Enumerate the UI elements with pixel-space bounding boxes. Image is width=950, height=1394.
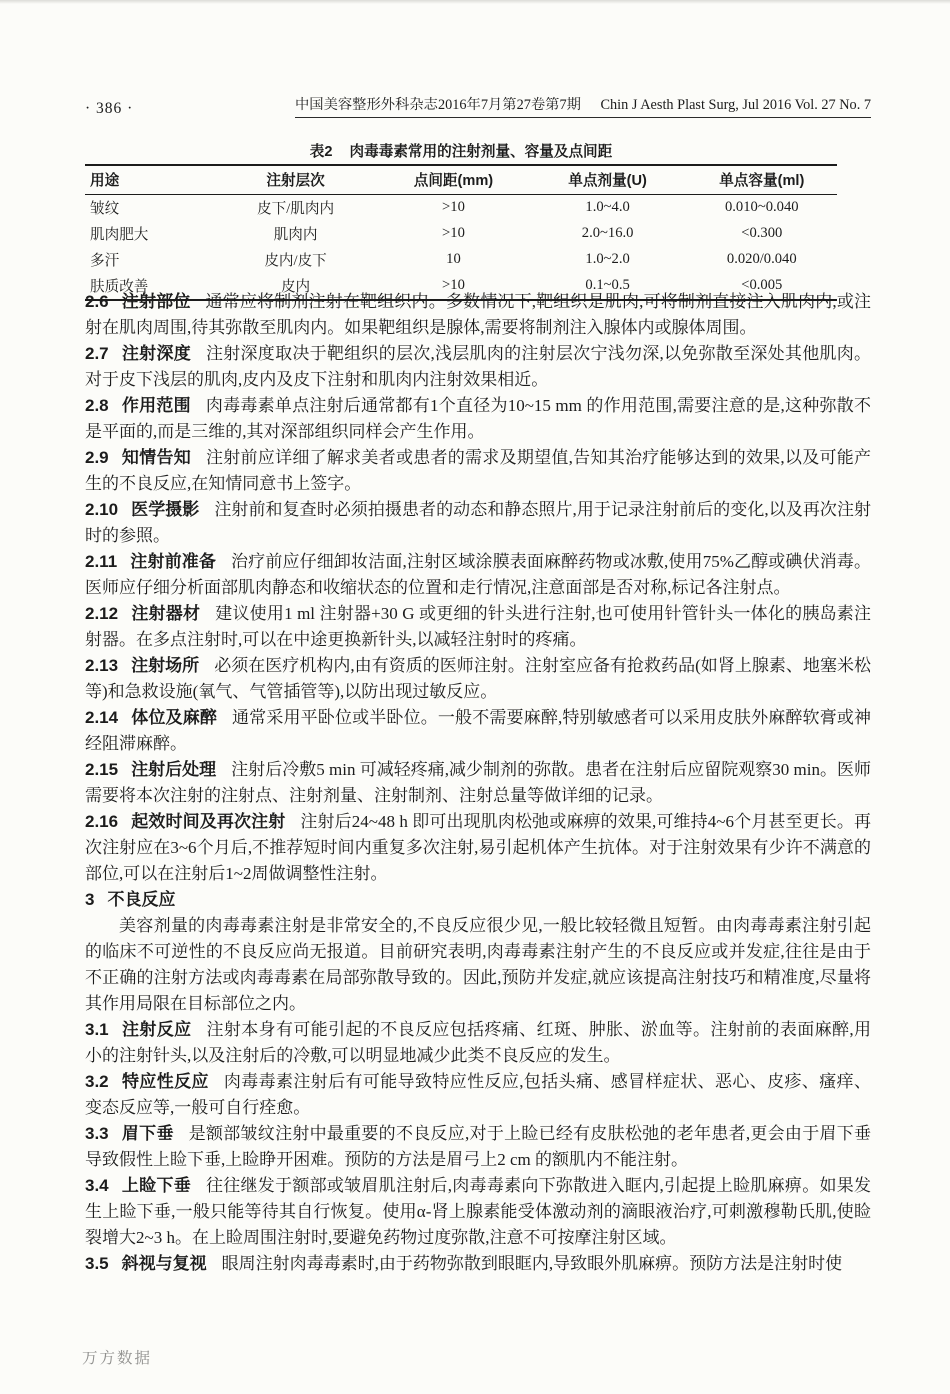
section-2-11: 2.11注射前准备治疗前应仔细卸妆洁面,注射区域涂膜表面麻醉药物或冰敷,使用75… (85, 549, 871, 601)
table-cell: >10 (378, 195, 528, 222)
table-cell: 皮下/肌肉内 (213, 195, 378, 222)
section-text: 必须在医疗机构内,由有资质的医师注射。注射室应备有抢救药品(如肾上腺素、地塞米松… (85, 656, 871, 701)
section-title: 注射前准备 (130, 552, 216, 571)
table-cell: 皱纹 (85, 195, 213, 222)
wanfang-watermark: 万方数据 (82, 1346, 152, 1368)
section-number: 3.4 (85, 1176, 109, 1195)
section-number: 2.15 (85, 760, 118, 779)
column-header-spacing: 点间距(mm) (378, 165, 528, 195)
journal-title-line: 中国美容整形外科杂志2016年7月第27卷第7期 Chin J Aesth Pl… (295, 94, 871, 118)
section-number: 3.1 (85, 1020, 109, 1039)
dosage-table-body: 皱纹 皮下/肌肉内 >10 1.0~4.0 0.010~0.040 肌肉肥大 肌… (85, 195, 837, 301)
section-2-14: 2.14体位及麻醉通常采用平卧位或半卧位。一般不需要麻醉,特别敏感者可以采用皮肤… (85, 705, 871, 757)
section-number: 2.6 (85, 292, 109, 311)
table-cell: 多汗 (85, 247, 213, 273)
table-cell: <0.300 (687, 221, 837, 247)
section-text: 肉毒毒素单点注射后通常都有1个直径为10~15 mm 的作用范围,需要注意的是,… (85, 396, 871, 441)
section-2-7: 2.7注射深度注射深度取决于靶组织的层次,浅层肌肉的注射层次宁浅勿深,以免弥散至… (85, 341, 871, 393)
section-2-8: 2.8作用范围肉毒毒素单点注射后通常都有1个直径为10~15 mm 的作用范围,… (85, 393, 871, 445)
article-body: 2.6注射部位通常应将制剂注射在靶组织内。多数情况下,靶组织是肌肉,可将制剂直接… (85, 289, 871, 1277)
table-cell: 0.010~0.040 (687, 195, 837, 222)
section-2-13: 2.13注射场所必须在医疗机构内,由有资质的医师注射。注射室应备有抢救药品(如肾… (85, 653, 871, 705)
running-head: · 386 · 中国美容整形外科杂志2016年7月第27卷第7期 Chin J … (85, 94, 871, 118)
section-title: 眉下垂 (122, 1124, 174, 1143)
section-title: 注射器材 (131, 604, 200, 623)
section-title: 斜视与复视 (122, 1254, 207, 1273)
section-title: 注射场所 (131, 656, 199, 675)
section-title: 医学摄影 (131, 500, 199, 519)
section-number: 2.12 (85, 604, 118, 623)
section-title: 注射深度 (122, 344, 191, 363)
section-number: 2.8 (85, 396, 109, 415)
table-caption-text: 肉毒毒素常用的注射剂量、容量及点间距 (350, 144, 613, 160)
dosage-table-head: 用途 注射层次 点间距(mm) 单点剂量(U) 单点容量(ml) (85, 165, 837, 195)
section-text: 眼周注射肉毒毒素时,由于药物弥散到眼眶内,导致眼外肌麻痹。预防方法是注射时使 (222, 1254, 843, 1273)
section-2-6: 2.6注射部位通常应将制剂注射在靶组织内。多数情况下,靶组织是肌肉,可将制剂直接… (85, 289, 871, 341)
journal-page: · 386 · 中国美容整形外科杂志2016年7月第27卷第7期 Chin J … (0, 0, 950, 1394)
section-2-16: 2.16起效时间及再次注射注射后24~48 h 即可出现肌肉松弛或麻痹的效果,可… (85, 809, 871, 887)
section-text: 注射深度取决于靶组织的层次,浅层肌肉的注射层次宁浅勿深,以免弥散至深处其他肌肉。… (85, 344, 871, 389)
section-title: 特应性反应 (122, 1072, 209, 1091)
section-number: 3.3 (85, 1124, 109, 1143)
section-number: 2.9 (85, 448, 109, 467)
header-row: 用途 注射层次 点间距(mm) 单点剂量(U) 单点容量(ml) (85, 165, 837, 195)
section-text: 通常应将制剂注射在靶组织内。多数情况下,靶组织是肌肉,可将制剂直接注入肌肉内,或… (85, 292, 871, 337)
section-title: 上睑下垂 (122, 1176, 191, 1195)
column-header-layer: 注射层次 (213, 165, 378, 195)
table-cell: 1.0~2.0 (529, 247, 687, 273)
section-text: 是额部皱纹注射中最重要的不良反应,对于上睑已经有皮肤松弛的老年患者,更会由于眉下… (85, 1124, 871, 1169)
section-title: 不良反应 (107, 890, 175, 909)
section-3-3: 3.3眉下垂是额部皱纹注射中最重要的不良反应,对于上睑已经有皮肤松弛的老年患者,… (85, 1121, 871, 1173)
section-title: 起效时间及再次注射 (131, 812, 285, 831)
table-cell: 0.020/0.040 (687, 247, 837, 273)
section-text: 建议使用1 ml 注射器+30 G 或更细的针头进行注射,也可使用针管针头一体化… (85, 604, 871, 649)
column-header-dose: 单点剂量(U) (529, 165, 687, 195)
section-3-heading: 3不良反应 (85, 887, 871, 913)
section-2-12: 2.12注射器材建议使用1 ml 注射器+30 G 或更细的针头进行注射,也可使… (85, 601, 871, 653)
section-title: 注射部位 (122, 292, 191, 311)
section-3-4: 3.4上睑下垂往往继发于额部或皱眉肌注射后,肉毒毒素向下弥散进入眶内,引起提上睑… (85, 1173, 871, 1251)
table-cell: 皮内/皮下 (213, 247, 378, 273)
section-3-2: 3.2特应性反应肉毒毒素注射后有可能导致特应性反应,包括头痛、感冒样症状、恶心、… (85, 1069, 871, 1121)
section-text: 注射本身有可能引起的不良反应包括疼痛、红斑、肿胀、淤血等。注射前的表面麻醉,用小… (85, 1020, 871, 1065)
section-text: 注射前应详细了解求美者或患者的需求及期望值,告知其治疗能够达到的效果,以及可能产… (85, 448, 871, 493)
section-3-5: 3.5斜视与复视眼周注射肉毒毒素时,由于药物弥散到眼眶内,导致眼外肌麻痹。预防方… (85, 1251, 871, 1277)
section-title: 体位及麻醉 (131, 708, 217, 727)
table-caption-label: 表2 (310, 144, 333, 160)
section-number: 3.5 (85, 1254, 109, 1273)
section-2-9: 2.9知情告知注射前应详细了解求美者或患者的需求及期望值,告知其治疗能够达到的效… (85, 445, 871, 497)
section-title: 作用范围 (122, 396, 191, 415)
section-number: 2.7 (85, 344, 109, 363)
section-3-1: 3.1注射反应注射本身有可能引起的不良反应包括疼痛、红斑、肿胀、淤血等。注射前的… (85, 1017, 871, 1069)
section-title: 注射后处理 (131, 760, 216, 779)
section-title: 知情告知 (122, 448, 191, 467)
section-number: 2.10 (85, 500, 118, 519)
table-cell: 10 (378, 247, 528, 273)
table-row: 肌肉肥大 肌肉内 >10 2.0~16.0 <0.300 (85, 221, 837, 247)
column-header-volume: 单点容量(ml) (687, 165, 837, 195)
table-caption: 表2 肉毒毒素常用的注射剂量、容量及点间距 (85, 140, 837, 161)
section-2-15: 2.15注射后处理注射后冷敷5 min 可减轻疼痛,减少制剂的弥散。患者在注射后… (85, 757, 871, 809)
table-cell: 肌肉肥大 (85, 221, 213, 247)
section-number: 2.14 (85, 708, 118, 727)
section-3-intro: 美容剂量的肉毒毒素注射是非常安全的,不良反应很少见,一般比较轻微且短暂。由肉毒毒… (85, 913, 871, 1017)
table-cell: 2.0~16.0 (529, 221, 687, 247)
table-row: 皱纹 皮下/肌肉内 >10 1.0~4.0 0.010~0.040 (85, 195, 837, 222)
section-text: 注射前和复查时必须拍摄患者的动态和静态照片,用于记录注射前后的变化,以及再次注射… (85, 500, 871, 545)
section-number: 2.13 (85, 656, 118, 675)
table-row: 多汗 皮内/皮下 10 1.0~2.0 0.020/0.040 (85, 247, 837, 273)
section-number: 3 (85, 890, 94, 909)
table-cell: 1.0~4.0 (529, 195, 687, 222)
page-number: · 386 · (85, 100, 133, 118)
journal-title-en: Chin J Aesth Plast Surg, Jul 2016 Vol. 2… (601, 97, 872, 113)
section-number: 2.11 (85, 552, 117, 571)
section-title: 注射反应 (122, 1020, 192, 1039)
table-cell: 肌肉内 (213, 221, 378, 247)
section-number: 3.2 (85, 1072, 109, 1091)
section-number: 2.16 (85, 812, 118, 831)
table-cell: >10 (378, 221, 528, 247)
journal-title-cn: 中国美容整形外科杂志2016年7月第27卷第7期 (295, 97, 581, 113)
section-text: 往往继发于额部或皱眉肌注射后,肉毒毒素向下弥散进入眶内,引起提上睑肌麻痹。如果发… (85, 1176, 871, 1247)
column-header-use: 用途 (85, 165, 213, 195)
section-2-10: 2.10医学摄影注射前和复查时必须拍摄患者的动态和静态照片,用于记录注射前后的变… (85, 497, 871, 549)
scan-edge (0, 0, 950, 4)
dosage-table: 用途 注射层次 点间距(mm) 单点剂量(U) 单点容量(ml) 皱纹 皮下/肌… (85, 164, 837, 301)
